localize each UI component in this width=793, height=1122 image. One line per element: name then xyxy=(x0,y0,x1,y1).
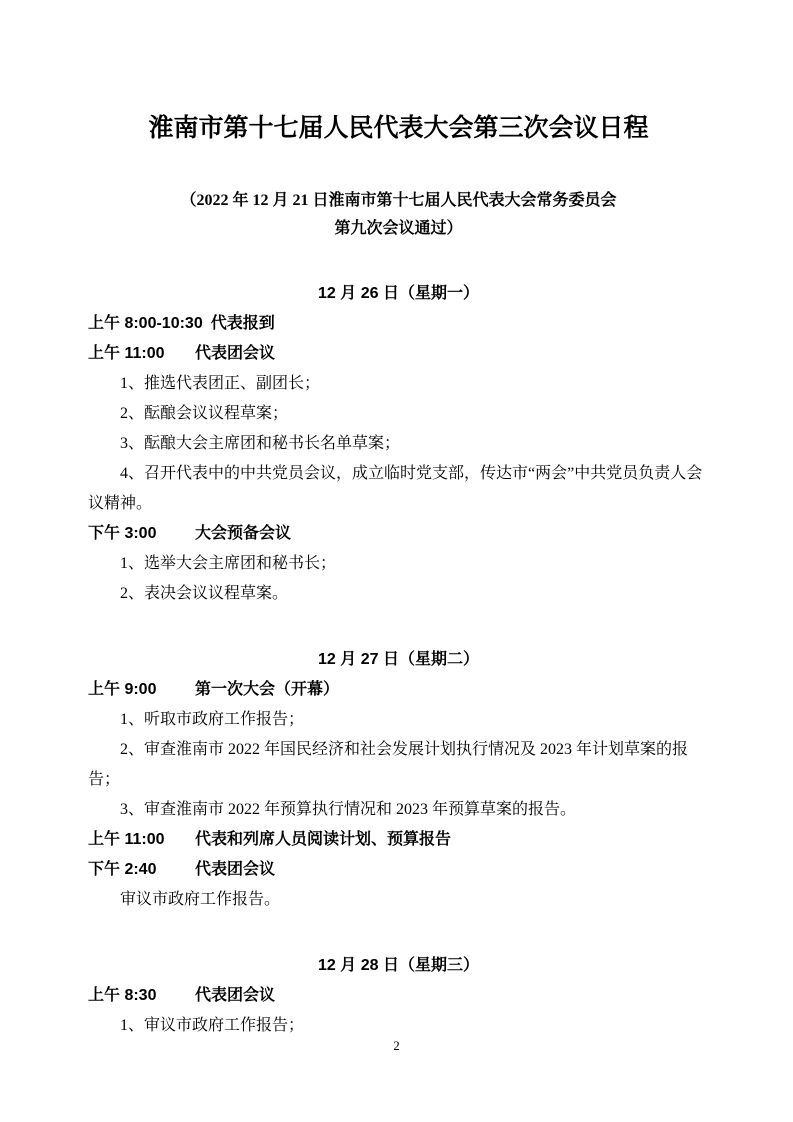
agenda-item: 3、审查淮南市 2022 年预算执行情况和 2023 年预算草案的报告。 xyxy=(88,795,709,825)
event-label: 代表团会议 xyxy=(195,861,275,878)
agenda-item: 2、酝酿会议议程草案； xyxy=(88,399,709,429)
time-label: 上午 8:30 xyxy=(88,981,187,1011)
date-header-day2: 12 月 27 日（星期二） xyxy=(88,645,709,675)
agenda-item: 1、推选代表团正、副团长； xyxy=(88,369,709,399)
time-label: 上午 8:00-10:30 xyxy=(88,309,203,339)
time-label: 下午 2:40 xyxy=(88,855,187,885)
time-label: 上午 11:00 xyxy=(88,339,187,369)
time-label: 上午 9:00 xyxy=(88,675,187,705)
event-label: 第一次大会（开幕） xyxy=(195,681,339,698)
schedule-time-row: 上午 11:00代表和列席人员阅读计划、预算报告 xyxy=(88,825,709,855)
date-header-day1: 12 月 26 日（星期一） xyxy=(88,279,709,309)
schedule-time-row: 下午 3:00大会预备会议 xyxy=(88,519,709,549)
approval-subtitle-line2: 第九次会议通过） xyxy=(88,215,709,243)
agenda-item: 1、听取市政府工作报告； xyxy=(88,705,709,735)
event-label: 代表团会议 xyxy=(195,345,275,362)
schedule-time-row: 上午 11:00代表团会议 xyxy=(88,339,709,369)
event-label: 代表团会议 xyxy=(195,987,275,1004)
agenda-item: 1、选举大会主席团和秘书长； xyxy=(88,549,709,579)
agenda-item: 审议市政府工作报告。 xyxy=(88,885,709,915)
agenda-item: 3、酝酿大会主席团和秘书长名单草案； xyxy=(88,429,709,459)
event-label: 代表和列席人员阅读计划、预算报告 xyxy=(195,831,451,848)
time-label: 上午 11:00 xyxy=(88,825,187,855)
event-label: 大会预备会议 xyxy=(195,525,291,542)
schedule-time-row: 下午 2:40代表团会议 xyxy=(88,855,709,885)
date-header-day3: 12 月 28 日（星期三） xyxy=(88,951,709,981)
approval-subtitle: （2022 年 12 月 21 日淮南市第十七届人民代表大会常务委员会 第九次会… xyxy=(88,187,709,243)
agenda-item: 2、审查淮南市 2022 年国民经济和社会发展计划执行情况及 2023 年计划草… xyxy=(88,735,709,795)
schedule-time-row: 上午 8:30代表团会议 xyxy=(88,981,709,1011)
page-number: 2 xyxy=(0,1037,793,1055)
document-title: 淮南市第十七届人民代表大会第三次会议日程 xyxy=(88,111,709,147)
approval-subtitle-line1: （2022 年 12 月 21 日淮南市第十七届人民代表大会常务委员会 xyxy=(88,187,709,215)
schedule-time-row: 上午 9:00第一次大会（开幕） xyxy=(88,675,709,705)
agenda-item: 4、召开代表中的中共党员会议，成立临时党支部，传达市“两会”中共党员负责人会议精… xyxy=(88,459,709,519)
document-page: 淮南市第十七届人民代表大会第三次会议日程 （2022 年 12 月 21 日淮南… xyxy=(0,0,793,1122)
schedule-time-row: 上午 8:00-10:30代表报到 xyxy=(88,309,709,339)
event-label: 代表报到 xyxy=(211,315,275,332)
agenda-item: 2、表决会议议程草案。 xyxy=(88,579,709,609)
time-label: 下午 3:00 xyxy=(88,519,187,549)
